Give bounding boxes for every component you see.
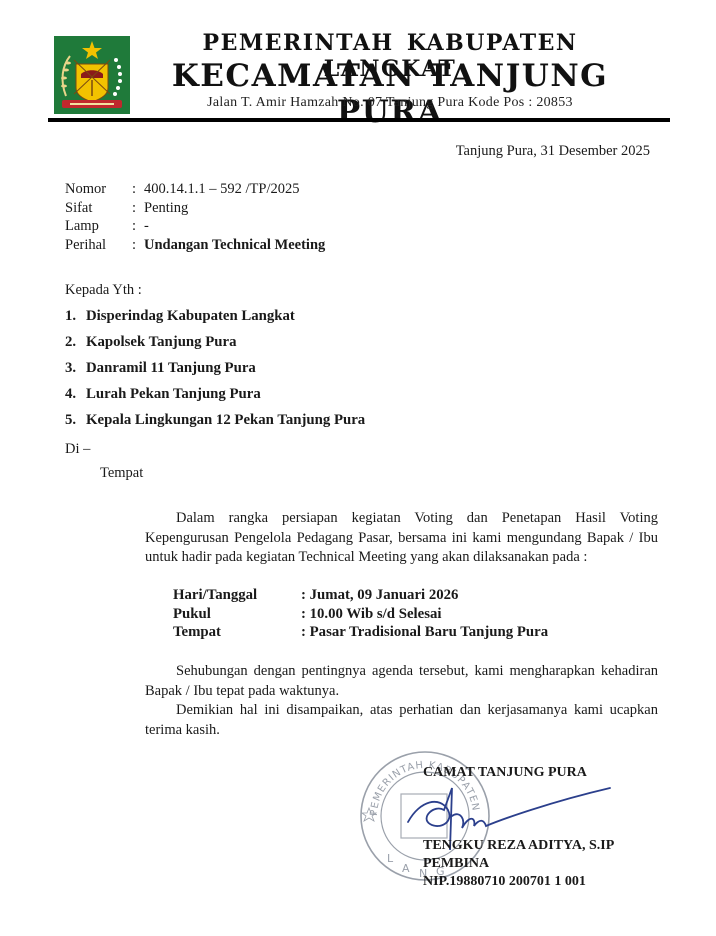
meta-value-subject: Undangan Technical Meeting [144, 236, 325, 255]
schedule-value: : Jumat, 09 Januari 2026 [301, 586, 458, 605]
meta-value: 400.14.1.1 – 592 /TP/2025 [144, 180, 299, 199]
recipient-item: 4.Lurah Pekan Tanjung Pura [65, 385, 365, 411]
letter-date: Tanjung Pura, 31 Desember 2025 [456, 143, 650, 160]
meta-sep: : [132, 180, 144, 199]
recipient-name: Danramil 11 Tanjung Pura [86, 359, 256, 385]
meta-row-sifat: Sifat : Penting [65, 199, 325, 218]
body-paragraph-attendance: Sehubungan dengan pentingnya agenda ters… [145, 662, 658, 701]
meta-row-nomor: Nomor : 400.14.1.1 – 592 /TP/2025 [65, 180, 325, 199]
letterhead-address: Jalan T. Amir Hamzah No. 07 Tanjung Pura… [150, 95, 630, 111]
recipient-number: 3. [65, 359, 86, 385]
meta-label: Perihal [65, 236, 132, 255]
schedule-row-date: Hari/Tanggal: Jumat, 09 Januari 2026 [173, 586, 548, 605]
signatory-rank: PEMBINA [423, 855, 614, 873]
recipients-di: Di – [65, 441, 90, 458]
meta-value: Penting [144, 199, 188, 218]
recipient-name: Lurah Pekan Tanjung Pura [86, 385, 261, 411]
schedule-value: : Pasar Tradisional Baru Tanjung Pura [301, 623, 548, 642]
letterhead-divider [48, 118, 670, 122]
kabupaten-langkat-emblem-icon [54, 36, 130, 114]
recipients-tempat: Tempat [100, 465, 143, 482]
schedule-row-time: Pukul: 10.00 Wib s/d Selesai [173, 605, 548, 624]
signatory-nip: NIP.19880710 200701 1 001 [423, 873, 614, 891]
body-closing: Sehubungan dengan pentingnya agenda ters… [145, 662, 658, 740]
meta-label: Lamp [65, 217, 132, 236]
schedule-label: Pukul [173, 605, 301, 624]
recipient-name: Disperindag Kabupaten Langkat [86, 307, 295, 333]
recipient-name: Kepala Lingkungan 12 Pekan Tanjung Pura [86, 411, 365, 437]
event-schedule: Hari/Tanggal: Jumat, 09 Januari 2026 Puk… [173, 586, 548, 642]
recipients-list: 1.Disperindag Kabupaten Langkat 2.Kapols… [65, 307, 365, 437]
schedule-row-place: Tempat: Pasar Tradisional Baru Tanjung P… [173, 623, 548, 642]
meta-sep: : [132, 217, 144, 236]
recipient-number: 1. [65, 307, 86, 333]
body-paragraph-invitation: Dalam rangka persiapan kegiatan Voting d… [145, 509, 658, 568]
meta-label: Nomor [65, 180, 132, 199]
recipient-item: 1.Disperindag Kabupaten Langkat [65, 307, 365, 333]
meta-row-perihal: Perihal : Undangan Technical Meeting [65, 236, 325, 255]
svg-text:L: L [387, 852, 394, 865]
schedule-label: Hari/Tanggal [173, 586, 301, 605]
svg-text:A: A [402, 862, 410, 875]
meta-sep: : [132, 199, 144, 218]
signatory-block: TENGKU REZA ADITYA, S.IP PEMBINA NIP.198… [423, 837, 614, 891]
signatory-name: TENGKU REZA ADITYA, S.IP [423, 837, 614, 855]
meta-value: - [144, 217, 149, 236]
recipients-intro: Kepada Yth : [65, 282, 142, 299]
signatory-title: CAMAT TANJUNG PURA [423, 765, 587, 781]
meta-label: Sifat [65, 199, 132, 218]
meta-sep: : [132, 236, 144, 255]
recipient-item: 3.Danramil 11 Tanjung Pura [65, 359, 365, 385]
recipient-number: 2. [65, 333, 86, 359]
recipient-name: Kapolsek Tanjung Pura [86, 333, 237, 359]
recipient-item: 2.Kapolsek Tanjung Pura [65, 333, 365, 359]
recipient-number: 5. [65, 411, 86, 437]
schedule-label: Tempat [173, 623, 301, 642]
recipient-item: 5.Kepala Lingkungan 12 Pekan Tanjung Pur… [65, 411, 365, 437]
recipient-number: 4. [65, 385, 86, 411]
meta-row-lamp: Lamp : - [65, 217, 325, 236]
body-paragraph-thanks: Demikian hal ini disampaikan, atas perha… [145, 701, 658, 740]
letter-meta: Nomor : 400.14.1.1 – 592 /TP/2025 Sifat … [65, 180, 325, 254]
schedule-value: : 10.00 Wib s/d Selesai [301, 605, 441, 624]
